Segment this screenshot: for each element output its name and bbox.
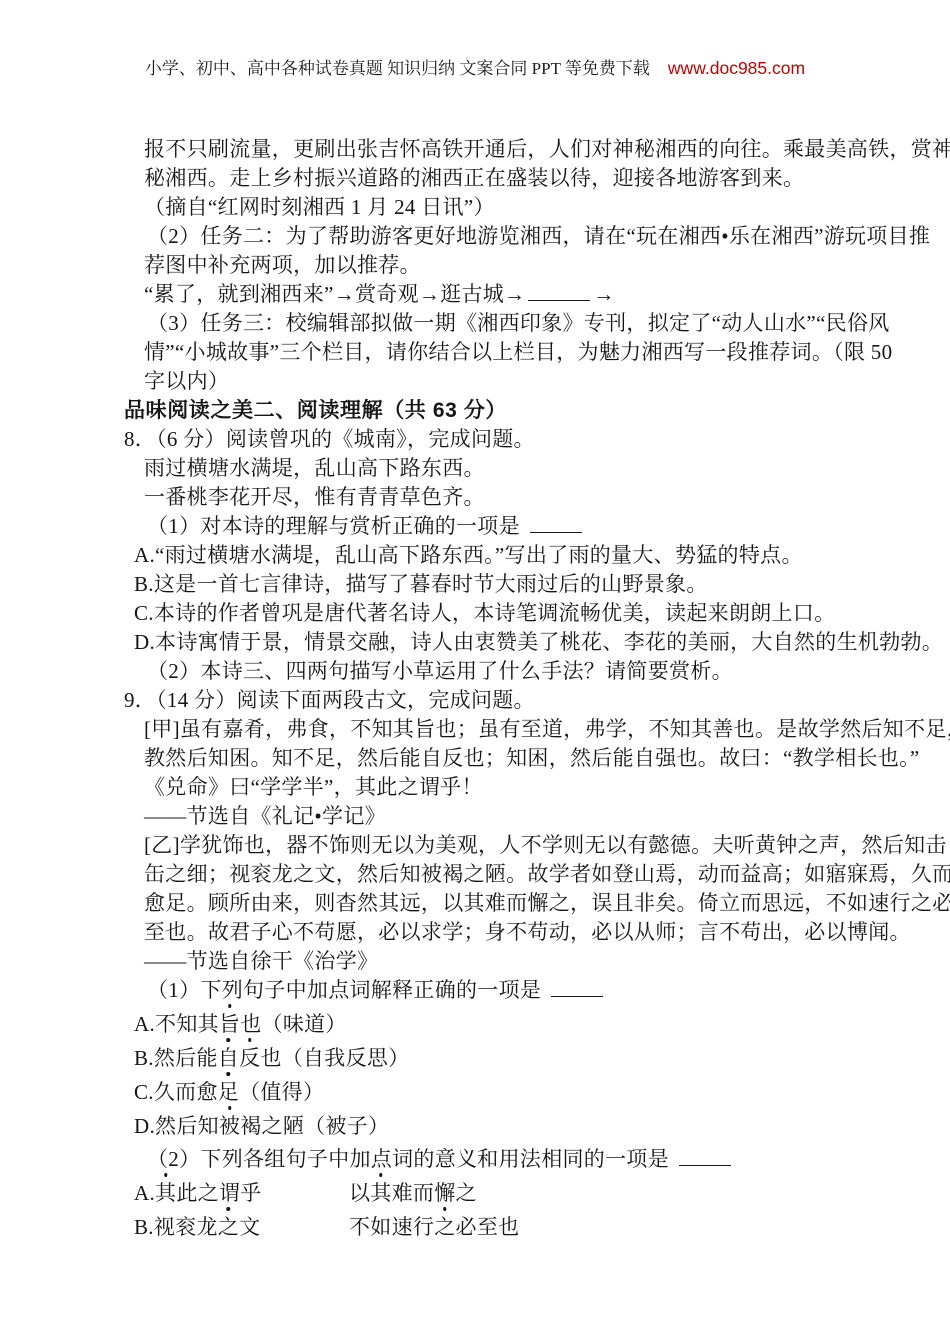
option-phrase-1: B.视衮龙之文: [134, 1215, 260, 1239]
q9-sub2-stem: （2）下列各组句子中加点词的意义和用法相同的一项是: [147, 1145, 950, 1174]
option-text: C.久而愈: [134, 1080, 218, 1104]
answer-blank: [679, 1148, 731, 1166]
emphasis-dotted-char: 足: [218, 1078, 239, 1107]
passage-jia-line: 《兑命》曰“学学半”，其此之谓乎！: [144, 773, 950, 802]
emphasis-dotted-char: 之: [218, 1213, 239, 1242]
passage-continuation-line: 报不只刷流量，更刷出张吉怀高铁开通后，人们对神秘湘西的向往。乘最美高铁，赏神: [144, 135, 950, 164]
site-url: www.doc985.com: [668, 58, 805, 78]
flow-suffix-arrow: →: [593, 282, 614, 306]
passage-yi-line: [乙]学犹饰也，器不饰则无以为美观，人不学则无以有懿德。夫听黄钟之声，然后知击: [144, 831, 950, 860]
passage-yi-line: 缶之细；视衮龙之文，然后知被褐之陋。故学者如登山焉，动而益高；如寤寐焉，久而: [144, 860, 950, 889]
emphasis-dotted-char: 之: [434, 1213, 455, 1242]
option-text: （值得）: [239, 1080, 324, 1104]
citation-line: （摘自“红网时刻湘西 1 月 24 日讯”）: [144, 193, 950, 222]
option-text: B.视衮龙: [134, 1215, 218, 1239]
option-text: D.然后知: [134, 1114, 219, 1138]
task3-wrap-line: 情”“小城故事”三个栏目，请你结合以上栏目，为魅力湘西写一段推荐词。（限 50: [144, 338, 950, 367]
option-text: 不如速行: [349, 1215, 434, 1239]
option-text: A.不知其: [134, 1012, 219, 1036]
q8-sub1-stem: （1）对本诗的理解与赏析正确的一项是: [147, 512, 950, 541]
task2-stem-line: （2）任务二：为了帮助游客更好地游览湘西，请在“玩在湘西•乐在湘西”游玩项目推: [147, 222, 950, 251]
question-8-stem: 8．（6 分）阅读曾巩的《城南》，完成问题。: [124, 425, 950, 454]
site-watermark-header: 小学、初中、高中各种试卷真题 知识归纳 文案合同 PPT 等免费下载www.do…: [0, 0, 950, 79]
option-text: 此之谓乎: [176, 1181, 261, 1205]
q9-sub1-option-d: D.然后知被褐之陋（被子）: [134, 1112, 950, 1141]
q9-sub1-option-c: C.久而愈足（值得）: [134, 1078, 950, 1107]
answer-blank: [528, 283, 590, 301]
option-text: 也（自我反思）: [260, 1046, 409, 1070]
passage-yi-line: 愈足。顾所由来，则杳然其远，以其难而懈之，误且非矣。倚立而思远，不如速行之必: [144, 889, 950, 918]
emphasis-dotted-char: 旨: [219, 1010, 240, 1039]
header-promo-text: 小学、初中、高中各种试卷真题 知识归纳 文案合同 PPT 等免费下载: [145, 59, 650, 78]
question-9-stem: 9．（14 分）阅读下面两段古文，完成问题。: [124, 686, 950, 715]
emphasis-dotted-char: 其: [370, 1179, 391, 1208]
option-text: 褐之陋（被子）: [240, 1114, 389, 1138]
q8-option-c: C.本诗的作者曾巩是唐代著名诗人，本诗笔调流畅优美，读起来朗朗上口。: [134, 599, 950, 628]
task3-wrap-line: 字以内）: [144, 367, 950, 396]
q9-sub1-stem: （1）下列句子中加点词解释正确的一项是: [147, 976, 950, 1005]
q9-sub1-option-b: B.然后能自反也（自我反思）: [134, 1044, 950, 1073]
q9-sub2-option-b: B.视衮龙之文 不如速行之必至也: [134, 1213, 950, 1242]
option-phrase-1: A.其此之谓乎: [134, 1181, 262, 1205]
task2-wrap-line: 荐图中补充两项，加以推荐。: [144, 251, 950, 280]
passage-continuation-line: 秘湘西。走上乡村振兴道路的湘西正在盛装以待，迎接各地游客到来。: [144, 164, 950, 193]
emphasis-dotted-char: 其: [155, 1179, 176, 1208]
q8-option-b: B.这是一首七言律诗，描写了暮春时节大雨过后的山野景象。: [134, 570, 950, 599]
poem-line-1: 雨过横塘水满堤，乱山高下路东西。: [144, 454, 950, 483]
option-phrase-2: 不如速行之必至也: [349, 1213, 519, 1242]
flow-chart-line: “累了，就到湘西来”→赏奇观→逛古城→→: [144, 280, 950, 309]
answer-blank: [551, 979, 603, 997]
option-text: A.: [134, 1181, 155, 1205]
passage-yi-source: ——节选自徐干《治学》: [144, 947, 950, 976]
emphasis-dotted-char: 反: [239, 1044, 260, 1073]
passage-jia-source: ——节选自《礼记•学记》: [144, 802, 950, 831]
exam-document-page: 小学、初中、高中各种试卷真题 知识归纳 文案合同 PPT 等免费下载www.do…: [0, 0, 950, 1344]
option-text: 以: [349, 1181, 370, 1205]
section-title: 品味阅读之美二、阅读理解（共 63 分）: [124, 396, 950, 425]
passage-jia-line: [甲]虽有嘉肴，弗食，不知其旨也；虽有至道，弗学，不知其善也。是故学然后知不足，: [144, 715, 950, 744]
q9-sub2-option-a: A.其此之谓乎 以其难而懈之: [134, 1179, 950, 1208]
q8-option-a: A.“雨过横塘水满堤，乱山高下路东西。”写出了雨的量大、势猛的特点。: [134, 541, 950, 570]
option-text: 也（味道）: [240, 1012, 347, 1036]
emphasis-dotted-char: 被: [219, 1112, 240, 1141]
option-text: 必至也: [456, 1215, 520, 1239]
q9-sub1-stem-text: （1）下列句子中加点词解释正确的一项是: [147, 978, 541, 1002]
q8-option-d: D.本诗寓情于景，情景交融，诗人由衷赞美了桃花、李花的美丽，大自然的生机勃勃。: [134, 628, 950, 657]
q9-sub1-option-a: A.不知其旨也（味道）: [134, 1010, 950, 1039]
answer-blank: [530, 515, 582, 533]
q9-sub2-stem-text: （2）下列各组句子中加点词的意义和用法相同的一项是: [147, 1147, 669, 1171]
option-text: B.然后能: [134, 1046, 218, 1070]
passage-yi-line: 至也。故君子心不苟愿，必以求学；身不苟动，必以从师；言不苟出，必以博闻。: [144, 918, 950, 947]
option-text: 难而懈之: [392, 1181, 477, 1205]
task3-stem-line: （3）任务三：校编辑部拟做一期《湘西印象》专刊，拟定了“动人山水”“民俗风: [147, 309, 950, 338]
q8-sub2-stem: （2）本诗三、四两句描写小草运用了什么手法？请简要赏析。: [147, 657, 950, 686]
document-body: 报不只刷流量，更刷出张吉怀高铁开通后，人们对神秘湘西的向往。乘最美高铁，赏神 秘…: [0, 135, 950, 1242]
option-phrase-2: 以其难而懈之: [349, 1179, 477, 1208]
q8-sub1-stem-text: （1）对本诗的理解与赏析正确的一项是: [147, 514, 520, 538]
flow-prefix: “累了，就到湘西来”→赏奇观→逛古城→: [144, 282, 525, 306]
emphasis-dotted-char: 自: [218, 1044, 239, 1073]
poem-line-2: 一番桃李花开尽，惟有青青草色齐。: [144, 483, 950, 512]
passage-jia-line: 教然后知困。知不足，然后能自反也；知困，然后能自强也。故曰：“教学相长也。”: [144, 744, 950, 773]
option-text: 文: [239, 1215, 260, 1239]
